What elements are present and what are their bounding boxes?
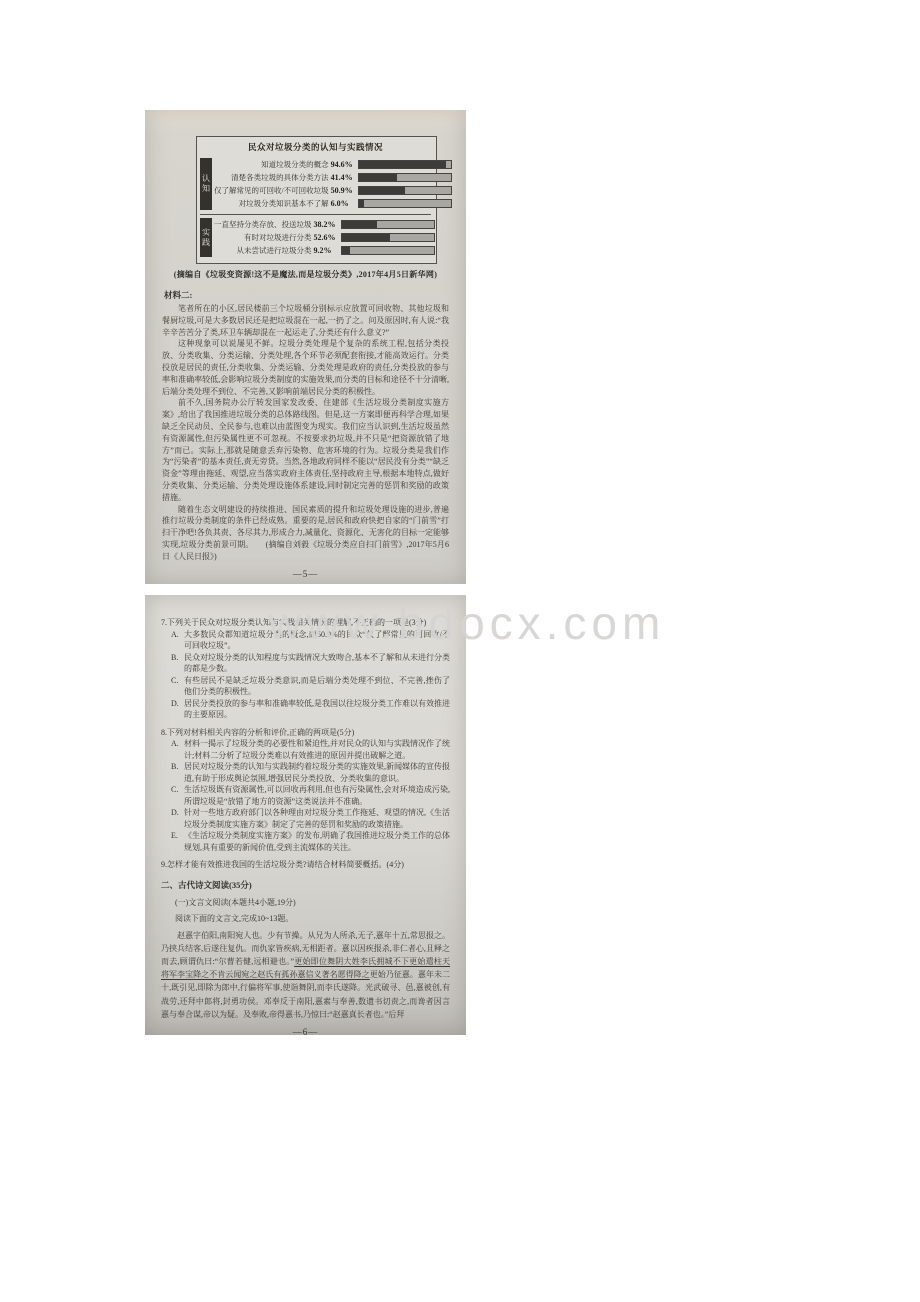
chart-bar-label: 一直坚持分类存放、投送垃圾 — [214, 219, 314, 230]
question-option: B.民众对垃圾分类的认知程度与实践情况大致吻合,基本不了解和从未进行分类的都是少… — [161, 652, 450, 675]
option-letter: E. — [171, 830, 184, 853]
chart-bar-value: 41.4% — [331, 173, 358, 182]
garbage-classification-chart: 民众对垃圾分类的认知与实践情况 认知知道垃圾分类的概念94.6%清楚各类垃圾的具… — [196, 136, 437, 264]
chart-bar-row: 有时对垃圾进行分类52.6% — [214, 231, 435, 244]
option-letter: A. — [171, 738, 184, 761]
chart-bar-row: 从未尝试进行垃圾分类9.2% — [214, 244, 435, 257]
material-paragraph: 随着生态文明建设的持续推进、国民素质的提升和垃圾处理设施的进步,普遍推行垃圾分类… — [162, 504, 449, 563]
chart-bar-track — [341, 246, 435, 255]
material-paragraph: 前不久,国务院办公厅转发国家发改委、住建部《生活垃圾分类制度实施方案》,给出了我… — [162, 397, 449, 503]
chart-bar-label: 仅了解常见的可回收/不可回收垃圾 — [214, 185, 331, 196]
chart-bar-fill — [359, 174, 397, 181]
chart-group: 认知知道垃圾分类的概念94.6%清楚各类垃圾的具体分类方法41.4%仅了解常见的… — [200, 156, 431, 212]
chart-title: 民众对垃圾分类的认知与实践情况 — [200, 141, 431, 153]
chart-body: 认知知道垃圾分类的概念94.6%清楚各类垃圾的具体分类方法41.4%仅了解常见的… — [200, 156, 431, 259]
chart-bar-track — [341, 220, 435, 229]
chart-bar-label: 对垃圾分类知识基本不了解 — [214, 198, 331, 209]
question-9: 9.怎样才能有效推进我国的生活垃圾分类?请结合材料简要概括。(4分) — [161, 859, 450, 871]
chart-rows: 知道垃圾分类的概念94.6%清楚各类垃圾的具体分类方法41.4%仅了解常见的可回… — [214, 158, 452, 210]
option-letter: A. — [171, 629, 184, 652]
chart-bar-track — [358, 160, 452, 169]
question-option: D.居民分类投放的参与率和准确率较低,是我国以往垃圾分类工作难以有效推进的主要原… — [161, 698, 450, 721]
chart-bar-row: 一直坚持分类存放、投送垃圾38.2% — [214, 218, 435, 231]
chart-group-label: 认知 — [200, 158, 212, 210]
chart-bar-track — [341, 233, 435, 242]
option-text: 材料一揭示了垃圾分类的必要性和紧迫性,并对民众的认知与实践情况作了统计;材料二分… — [184, 738, 450, 761]
option-text: 《生活垃圾分类制度实施方案》的发布,明确了我国推进垃圾分类工作的总体规划,具有重… — [184, 830, 450, 853]
question-8-options: A.材料一揭示了垃圾分类的必要性和紧迫性,并对民众的认知与实践情况作了统计;材料… — [161, 738, 450, 853]
material-two-heading: 材料二: — [164, 289, 449, 301]
option-text: 生活垃圾既有资源属性,可以回收再利用,但也有污染属性,会对环境造成污染,所谓垃圾… — [184, 784, 450, 807]
chart-bar-fill — [359, 161, 446, 168]
section-two-heading: 二、古代诗文阅读(35分) — [161, 879, 450, 891]
question-option: B.居民对垃圾分类的认知与实践制约着垃圾分类的实施效果,新闻媒体的宣传报道,有助… — [161, 761, 450, 784]
scanned-page-5: 民众对垃圾分类的认知与实践情况 认知知道垃圾分类的概念94.6%清楚各类垃圾的具… — [145, 110, 466, 584]
option-text: 有些居民不是缺乏垃圾分类意识,而是后端分类处理不到位、不完善,挫伤了他们分类的积… — [184, 675, 450, 698]
chart-bar-value: 50.9% — [331, 186, 358, 195]
option-text: 民众对垃圾分类的认知程度与实践情况大致吻合,基本不了解和从未进行分类的都是少数。 — [184, 652, 450, 675]
scanned-page-6: 7.下列关于民众对垃圾分类认知与实践相关情况的理解,不正确的一项是(3分) A.… — [145, 595, 466, 1035]
option-text: 大多数民众都知道垃圾分类的概念,而50.9%的民众“仅了解常见的可回收/不可回收… — [184, 629, 450, 652]
question-option: C.有些居民不是缺乏垃圾分类意识,而是后端分类处理不到位、不完善,挫伤了他们分类… — [161, 675, 450, 698]
chart-bar-value: 6.0% — [331, 199, 358, 208]
option-letter: C. — [171, 675, 184, 698]
option-letter: C. — [171, 784, 184, 807]
chart-rows: 一直坚持分类存放、投送垃圾38.2%有时对垃圾进行分类52.6%从未尝试进行垃圾… — [214, 218, 435, 257]
material-paragraph: 笔者所在的小区,居民楼前三个垃圾桶分别标示应放置可回收物、其他垃圾和餐厨垃圾,可… — [162, 303, 449, 338]
chart-group-label: 实践 — [200, 218, 212, 257]
chart-bar-value: 52.6% — [314, 233, 341, 242]
question-7-options: A.大多数民众都知道垃圾分类的概念,而50.9%的民众“仅了解常见的可回收/不可… — [161, 629, 450, 721]
chart-bar-fill — [342, 234, 390, 241]
option-text: 针对一些地方政府部门以各种理由对垃圾分类工作拖延、观望的情况,《生活垃圾分类制度… — [184, 807, 450, 830]
option-text: 居民对垃圾分类的认知与实践制约着垃圾分类的实施效果,新闻媒体的宣传报道,有助于形… — [184, 761, 450, 784]
classical-reading-subheading: (一)文言文阅读(本题共4小题,19分) — [175, 897, 450, 908]
chart-bar-label: 有时对垃圾进行分类 — [214, 232, 314, 243]
reading-instruction: 阅读下面的文言文,完成10~13题。 — [175, 913, 450, 924]
chart-bar-label: 清楚各类垃圾的具体分类方法 — [214, 172, 331, 183]
chart-bar-row: 仅了解常见的可回收/不可回收垃圾50.9% — [214, 184, 452, 197]
page-5-number: —5— — [162, 569, 449, 579]
chart-bar-row: 对垃圾分类知识基本不了解6.0% — [214, 197, 452, 210]
question-7: 7.下列关于民众对垃圾分类认知与实践相关情况的理解,不正确的一项是(3分) A.… — [161, 617, 450, 721]
option-letter: D. — [171, 698, 184, 721]
chart-source-caption: (摘编自《垃圾变资源!这不是魔法,而是垃圾分类》,2017年4月5日新华网) — [162, 269, 449, 280]
chart-bar-value: 94.6% — [331, 160, 358, 169]
option-letter: D. — [171, 807, 184, 830]
chart-bar-fill — [342, 221, 377, 228]
chart-bar-label: 从未尝试进行垃圾分类 — [214, 245, 314, 256]
chart-bar-value: 38.2% — [314, 220, 341, 229]
chart-bar-fill — [359, 200, 365, 207]
question-option: A.材料一揭示了垃圾分类的必要性和紧迫性,并对民众的认知与实践情况作了统计;材料… — [161, 738, 450, 761]
chart-bar-track — [358, 199, 452, 208]
question-option: A.大多数民众都知道垃圾分类的概念,而50.9%的民众“仅了解常见的可回收/不可… — [161, 629, 450, 652]
material-two-body: 笔者所在的小区,居民楼前三个垃圾桶分别标示应放置可回收物、其他垃圾和餐厨垃圾,可… — [162, 303, 449, 563]
option-letter: B. — [171, 761, 184, 784]
chart-group: 实践一直坚持分类存放、投送垃圾38.2%有时对垃圾进行分类52.6%从未尝试进行… — [200, 214, 431, 259]
material-paragraph: 这种现象可以说屡见不鲜。垃圾分类处理是个复杂的系统工程,包括分类投放、分类收集、… — [162, 338, 449, 397]
chart-bar-row: 清楚各类垃圾的具体分类方法41.4% — [214, 171, 452, 184]
chart-bar-track — [358, 186, 452, 195]
question-8: 8.下列对材料相关内容的分析和评价,正确的两项是(5分) A.材料一揭示了垃圾分… — [161, 727, 450, 854]
classical-text: 赵憙字伯阳,南阳宛人也。少有节操。从兄为人所杀,无子,憙年十五,常思报之。乃挟兵… — [161, 929, 450, 1021]
option-text: 居民分类投放的参与率和准确率较低,是我国以往垃圾分类工作难以有效推进的主要原因。 — [184, 698, 450, 721]
chart-bar-fill — [342, 247, 350, 254]
page-6-number: —6— — [161, 1027, 450, 1035]
chart-bar-row: 知道垃圾分类的概念94.6% — [214, 158, 452, 171]
question-8-stem: 8.下列对材料相关内容的分析和评价,正确的两项是(5分) — [161, 727, 450, 739]
option-letter: B. — [171, 652, 184, 675]
chart-bar-label: 知道垃圾分类的概念 — [214, 159, 331, 170]
page-background: { "watermark": "www.bdocx.com", "chart_d… — [0, 0, 920, 1302]
question-7-stem: 7.下列关于民众对垃圾分类认知与实践相关情况的理解,不正确的一项是(3分) — [161, 617, 450, 629]
chart-bar-track — [358, 173, 452, 182]
chart-bar-fill — [359, 187, 406, 194]
question-option: D.针对一些地方政府部门以各种理由对垃圾分类工作拖延、观望的情况,《生活垃圾分类… — [161, 807, 450, 830]
question-option: C.生活垃圾既有资源属性,可以回收再利用,但也有污染属性,会对环境造成污染,所谓… — [161, 784, 450, 807]
question-option: E.《生活垃圾分类制度实施方案》的发布,明确了我国推进垃圾分类工作的总体规划,具… — [161, 830, 450, 853]
chart-bar-value: 9.2% — [314, 246, 341, 255]
